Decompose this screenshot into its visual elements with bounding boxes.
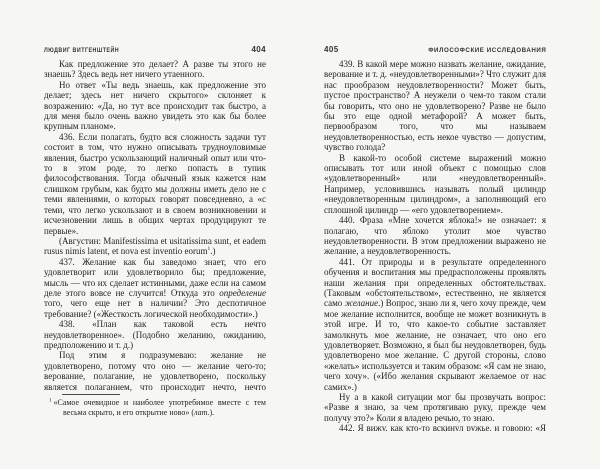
text-run: 436. Если полагать, будто вся сложность … [44,132,266,236]
paragraph: 442. Я вижу, как кто-то вскинул ружье, и… [324,423,546,431]
text-run: 439. В какой мере можно назвать желание,… [324,59,546,152]
paragraph: 437. Желание как бы заведомо знает, что … [44,257,266,319]
paragraph: В какой-то особой системе выражений можн… [324,153,546,215]
footnote-text: 1«Самое очевидное и наиболее употребимое… [44,398,266,418]
footnote: 1«Самое очевидное и наиболее употребимое… [44,394,266,418]
right-page-number: 405 [324,45,339,54]
right-running-head: 405 ФИЛОСОФСКИЕ ИССЛЕДОВАНИЯ [324,45,546,55]
text-run: Ну а в какой ситуации мог бы прозвучать … [324,392,546,423]
text-run: Как предложение это делает? А разве ты э… [44,59,266,79]
text-run: (Августин: Manifestissima et usitatissim… [44,236,266,256]
book-spread: ЛЮДВИГ ВИТГЕНШТЕЙН 404 405 ФИЛОСОФСКИЕ И… [0,0,600,469]
text-run: ). [209,408,214,417]
text-run: Под этим я подразумеваю: желание не удов… [44,350,266,393]
text-run: .) Вопрос, знаю ли я, чего хочу прежде, … [324,298,546,391]
paragraph: 436. Если полагать, будто вся сложность … [44,132,266,236]
left-page-number: 404 [251,45,266,54]
text-run: .) [210,246,215,256]
paragraph: Как предложение это делает? А разве ты э… [44,59,266,80]
paragraph: 439. В какой мере можно назвать желание,… [324,59,546,153]
text-run: 438. «План как таковой есть нечто неудов… [44,319,266,350]
right-running-head-title: ФИЛОСОФСКИЕ ИССЛЕДОВАНИЯ [428,47,546,54]
text-run: 442. Я вижу, как кто-то вскинул ружье, и… [324,423,546,431]
text-run: В какой-то особой системе выражений можн… [324,153,546,215]
text-run: желание [345,298,379,308]
paragraph: (Августин: Manifestissima et usitatissim… [44,236,266,257]
text-run: того, чего еще нет в наличии? Это деспот… [44,298,266,318]
footnote-divider [62,394,120,395]
footnote-body: «Самое очевидное и наиболее употребимое … [53,398,266,417]
text-run: лат. [194,408,209,417]
left-running-head: ЛЮДВИГ ВИТГЕНШТЕЙН 404 [44,45,266,55]
paragraph: Ну а в какой ситуации мог бы прозвучать … [324,392,546,423]
text-run: 440. Фраза «Мне хочется яблока!» не озна… [324,215,546,256]
paragraph: 438. «План как таковой есть нечто неудов… [44,319,266,350]
footnote-marker: 1 [49,398,51,403]
left-page-body: Как предложение это делает? А разве ты э… [44,59,266,393]
text-run: «Самое очевидное и наиболее употребимое … [53,398,266,417]
text-run: определение [219,288,266,298]
paragraph: Под этим я подразумеваю: желание не удов… [44,350,266,393]
right-page-body: 439. В какой мере можно назвать желание,… [324,59,546,431]
paragraph: 441. От природы и в результате определен… [324,257,546,392]
paragraph: 440. Фраза «Мне хочется яблока!» не озна… [324,215,546,257]
text-run: Но ответ «Ты ведь знаешь, как предложени… [44,80,266,132]
left-running-head-title: ЛЮДВИГ ВИТГЕНШТЕЙН [44,47,119,54]
paragraph: Но ответ «Ты ведь знаешь, как предложени… [44,80,266,132]
